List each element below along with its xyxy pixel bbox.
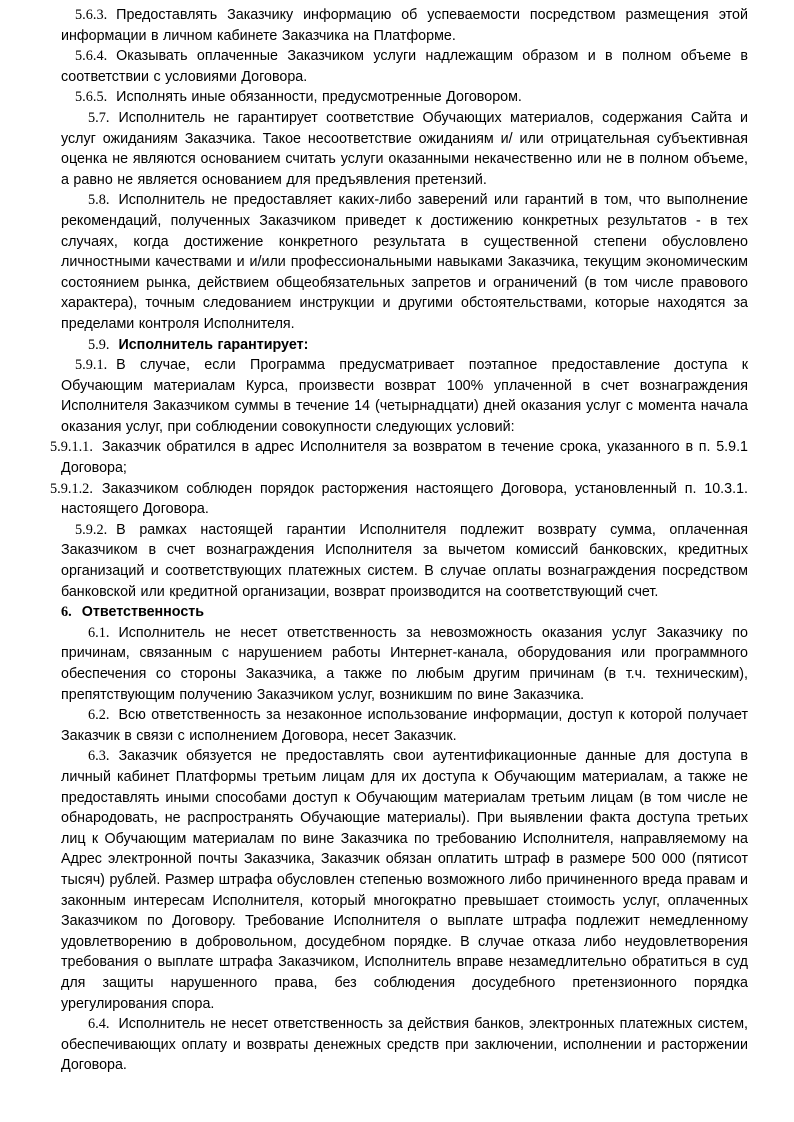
paragraph-number: 5.9.2.: [75, 522, 116, 538]
paragraph-number: 5.9.1.2.: [50, 481, 102, 497]
paragraph-number: 5.9.1.1.: [50, 439, 102, 455]
paragraph-number: 5.7.: [88, 110, 118, 126]
paragraph: 5.7.Исполнитель не гарантирует соответст…: [61, 108, 748, 190]
paragraph-text: Предоставлять Заказчику информацию об ус…: [61, 7, 748, 44]
paragraph-number: 6.: [61, 604, 82, 620]
paragraph-text: Заказчик обратился в адрес Исполнителя з…: [61, 439, 748, 476]
paragraph: 5.9.Исполнитель гарантирует:: [61, 335, 748, 356]
paragraph: 6.1.Исполнитель не несет ответственность…: [61, 623, 748, 705]
paragraph-number: 6.2.: [88, 707, 118, 723]
paragraph-number: 6.4.: [88, 1016, 118, 1032]
paragraph-number: 5.6.5.: [75, 89, 116, 105]
section-heading: 6.Ответственность: [61, 602, 748, 623]
document-page: 5.6.3.Предоставлять Заказчику информацию…: [0, 0, 794, 1122]
paragraph-text: В рамках настоящей гарантии Исполнителя …: [61, 522, 748, 600]
paragraph-text: Исполнять иные обязанности, предусмотрен…: [116, 89, 522, 105]
paragraph: 5.9.1.2.Заказчиком соблюден порядок раст…: [61, 479, 748, 520]
paragraph: 6.4.Исполнитель не несет ответственность…: [61, 1014, 748, 1076]
paragraph-text: Исполнитель не гарантирует соответствие …: [61, 110, 748, 188]
paragraph-text: Исполнитель гарантирует:: [118, 337, 308, 353]
paragraph-text: В случае, если Программа предусматривает…: [61, 357, 748, 435]
paragraph: 6.2.Всю ответственность за незаконное ис…: [61, 705, 748, 746]
paragraph-number: 6.1.: [88, 625, 118, 641]
paragraph-number: 5.6.3.: [75, 7, 116, 23]
paragraph-number: 5.8.: [88, 192, 118, 208]
paragraph: 5.9.1.В случае, если Программа предусмат…: [61, 355, 748, 437]
paragraph: 5.9.2.В рамках настоящей гарантии Исполн…: [61, 520, 748, 602]
paragraph-text: Заказчиком соблюден порядок расторжения …: [61, 481, 748, 518]
paragraph-text: Исполнитель не несет ответственность за …: [61, 625, 748, 703]
paragraph: 5.6.3.Предоставлять Заказчику информацию…: [61, 5, 748, 46]
paragraph-text: Всю ответственность за незаконное исполь…: [61, 707, 748, 744]
paragraph-number: 5.9.: [88, 337, 118, 353]
paragraph-text: Заказчик обязуется не предоставлять свои…: [61, 748, 748, 1011]
paragraph-number: 5.9.1.: [75, 357, 116, 373]
paragraph: 5.6.5.Исполнять иные обязанности, предус…: [61, 87, 748, 108]
paragraph-number: 5.6.4.: [75, 48, 116, 64]
paragraph: 5.9.1.1.Заказчик обратился в адрес Испол…: [61, 437, 748, 478]
paragraph-text: Оказывать оплаченные Заказчиком услуги н…: [61, 48, 748, 85]
paragraph: 5.8.Исполнитель не предоставляет каких-л…: [61, 190, 748, 334]
paragraph: 5.6.4.Оказывать оплаченные Заказчиком ус…: [61, 46, 748, 87]
paragraph-text: Исполнитель не несет ответственность за …: [61, 1016, 748, 1073]
paragraph-number: 6.3.: [88, 748, 118, 764]
section-heading-title: Ответственность: [82, 604, 204, 620]
paragraph: 6.3.Заказчик обязуется не предоставлять …: [61, 746, 748, 1014]
paragraph-text: Исполнитель не предоставляет каких-либо …: [61, 192, 748, 332]
